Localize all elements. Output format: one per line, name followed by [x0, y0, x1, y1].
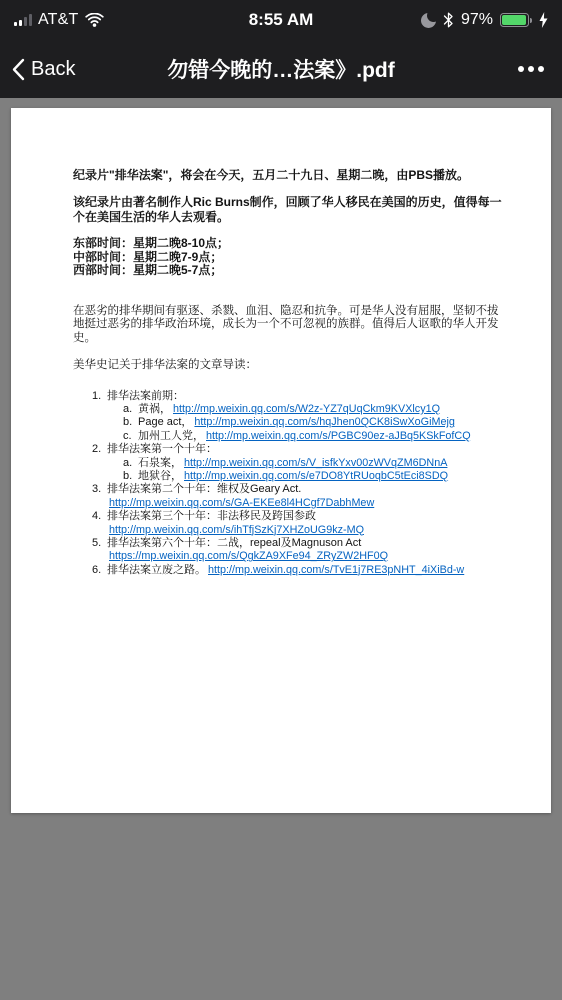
iphone-screen: AT&T 8:55 AM 97% — [0, 0, 562, 1000]
list-item-text: 排华法案第一个十年： — [107, 443, 217, 456]
paragraph-broadcast-intro: 纪录片"排华法案"，将会在今天，五月二十九日、星期二晚，由PBS播放。 — [73, 168, 507, 183]
time-central: 中部时间：星期二晚7-9点； — [73, 251, 507, 265]
broadcast-times: 东部时间：星期二晚8-10点； 中部时间：星期二晚7-9点； 西部时间：星期二晚… — [73, 237, 507, 278]
list-item-number: 4. — [92, 510, 107, 523]
list-subitem-letter: b. — [123, 470, 138, 483]
list-subitem: b.Page act，http://mp.weixin.qq.com/s/hqJ… — [73, 416, 507, 429]
pdf-viewport[interactable]: 纪录片"排华法案"，将会在今天，五月二十九日、星期二晚，由PBS播放。 该纪录片… — [0, 98, 562, 1000]
bluetooth-icon — [443, 12, 454, 28]
article-link[interactable]: http://mp.weixin.qq.com/s/GA-EKEe8l4HCgf… — [109, 497, 374, 509]
document-title: 勿错今晚的…法案》.pdf — [0, 54, 562, 84]
list-item: 5.排华法案第六个十年：二战，repeal及Magnuson Act — [73, 537, 507, 550]
list-item-url-line: http://mp.weixin.qq.com/s/GA-EKEe8l4HCgf… — [73, 497, 507, 510]
list-subitem-letter: a. — [123, 457, 138, 470]
list-item-number: 3. — [92, 483, 107, 496]
back-button[interactable]: Back — [12, 58, 75, 81]
battery-percent-label: 97% — [461, 11, 493, 29]
list-subitem-label: 黄祸， — [138, 403, 171, 416]
list-subitem: b.地狱谷，http://mp.weixin.qq.com/s/e7DO8YtR… — [73, 470, 507, 483]
article-list: 1.排华法案前期：a.黄祸，http://mp.weixin.qq.com/s/… — [73, 390, 507, 578]
article-link[interactable]: http://mp.weixin.qq.com/s/e7DO8YtRUoqbC5… — [184, 470, 448, 483]
list-subitem-letter: a. — [123, 403, 138, 416]
do-not-disturb-moon-icon — [421, 13, 436, 28]
more-button[interactable] — [512, 58, 550, 80]
list-subitem-letter: c. — [123, 430, 138, 443]
list-subitem-letter: b. — [123, 416, 138, 429]
battery-icon — [500, 13, 532, 27]
pdf-page: 纪录片"排华法案"，将会在今天，五月二十九日、星期二晚，由PBS播放。 该纪录片… — [11, 108, 551, 813]
list-item-url-line: http://mp.weixin.qq.com/s/ihTfjSzKj7XHZo… — [73, 524, 507, 537]
list-item: 1.排华法案前期： — [73, 390, 507, 403]
time-western: 西部时间：星期二晚5-7点； — [73, 264, 507, 278]
list-item-number: 6. — [92, 564, 107, 577]
list-subitem-label: 地狱谷， — [138, 470, 182, 483]
article-link[interactable]: http://mp.weixin.qq.com/s/PGBC90ez-aJBq5… — [206, 430, 471, 443]
list-subitem: c.加州工人党，http://mp.weixin.qq.com/s/PGBC90… — [73, 430, 507, 443]
list-subitem-label: 石泉案， — [138, 457, 182, 470]
list-item-text: 排华法案第三个十年：非法移民及跨国参政 — [107, 510, 316, 523]
paragraph-about-film: 该纪录片由著名制作人Ric Burns制作，回顾了华人移民在美国的历史，值得每一… — [73, 195, 507, 225]
list-item: 6.排华法案立废之路。http://mp.weixin.qq.com/s/TvE… — [73, 564, 507, 577]
list-item: 4.排华法案第三个十年：非法移民及跨国参政 — [73, 510, 507, 523]
list-item: 3.排华法案第二个十年：维权及Geary Act. — [73, 483, 507, 496]
article-link[interactable]: http://mp.weixin.qq.com/s/hqJhen0QCK8iSw… — [194, 416, 454, 429]
list-item-number: 5. — [92, 537, 107, 550]
list-item-url-line: https://mp.weixin.qq.com/s/QgkZA9XFe94_Z… — [73, 550, 507, 563]
article-link[interactable]: https://mp.weixin.qq.com/s/QgkZA9XFe94_Z… — [109, 550, 388, 562]
charging-bolt-icon — [539, 12, 548, 28]
article-link[interactable]: http://mp.weixin.qq.com/s/TvE1j7RE3pNHT_… — [208, 564, 464, 577]
status-bar: AT&T 8:55 AM 97% — [0, 0, 562, 40]
article-link[interactable]: http://mp.weixin.qq.com/s/V_isfkYxv00zWV… — [184, 457, 447, 470]
paragraph-guide-intro: 美华史记关于排华法案的文章导读： — [73, 359, 507, 373]
list-item-text: 排华法案第六个十年：二战，repeal及Magnuson Act — [107, 537, 361, 550]
list-item-number: 2. — [92, 443, 107, 456]
cellular-signal-icon — [14, 14, 32, 26]
list-item-text: 排华法案立废之路。 — [107, 564, 206, 577]
list-item-text: 排华法案前期： — [107, 390, 184, 403]
paragraph-history: 在恶劣的排华期间有驱逐、杀戮、血泪、隐忍和抗争。可是华人没有屈服，坚韧不拔地挺过… — [73, 305, 507, 346]
back-chevron-icon — [12, 58, 25, 81]
wifi-icon — [85, 13, 104, 27]
more-dots-icon — [518, 66, 524, 72]
list-item-text: 排华法案第二个十年：维权及Geary Act. — [107, 483, 301, 496]
list-item: 2.排华法案第一个十年： — [73, 443, 507, 456]
back-label: Back — [31, 58, 75, 81]
list-item-number: 1. — [92, 390, 107, 403]
list-subitem: a.石泉案，http://mp.weixin.qq.com/s/V_isfkYx… — [73, 457, 507, 470]
list-subitem-label: Page act， — [138, 416, 192, 429]
article-link[interactable]: http://mp.weixin.qq.com/s/ihTfjSzKj7XHZo… — [109, 524, 364, 536]
carrier-label: AT&T — [38, 11, 79, 29]
article-link[interactable]: http://mp.weixin.qq.com/s/W2z-YZ7qUqCkm9… — [173, 403, 440, 416]
list-subitem-label: 加州工人党， — [138, 430, 204, 443]
time-eastern: 东部时间：星期二晚8-10点； — [73, 237, 507, 251]
nav-bar: Back 勿错今晚的…法案》.pdf — [0, 40, 562, 98]
list-subitem: a.黄祸，http://mp.weixin.qq.com/s/W2z-YZ7qU… — [73, 403, 507, 416]
